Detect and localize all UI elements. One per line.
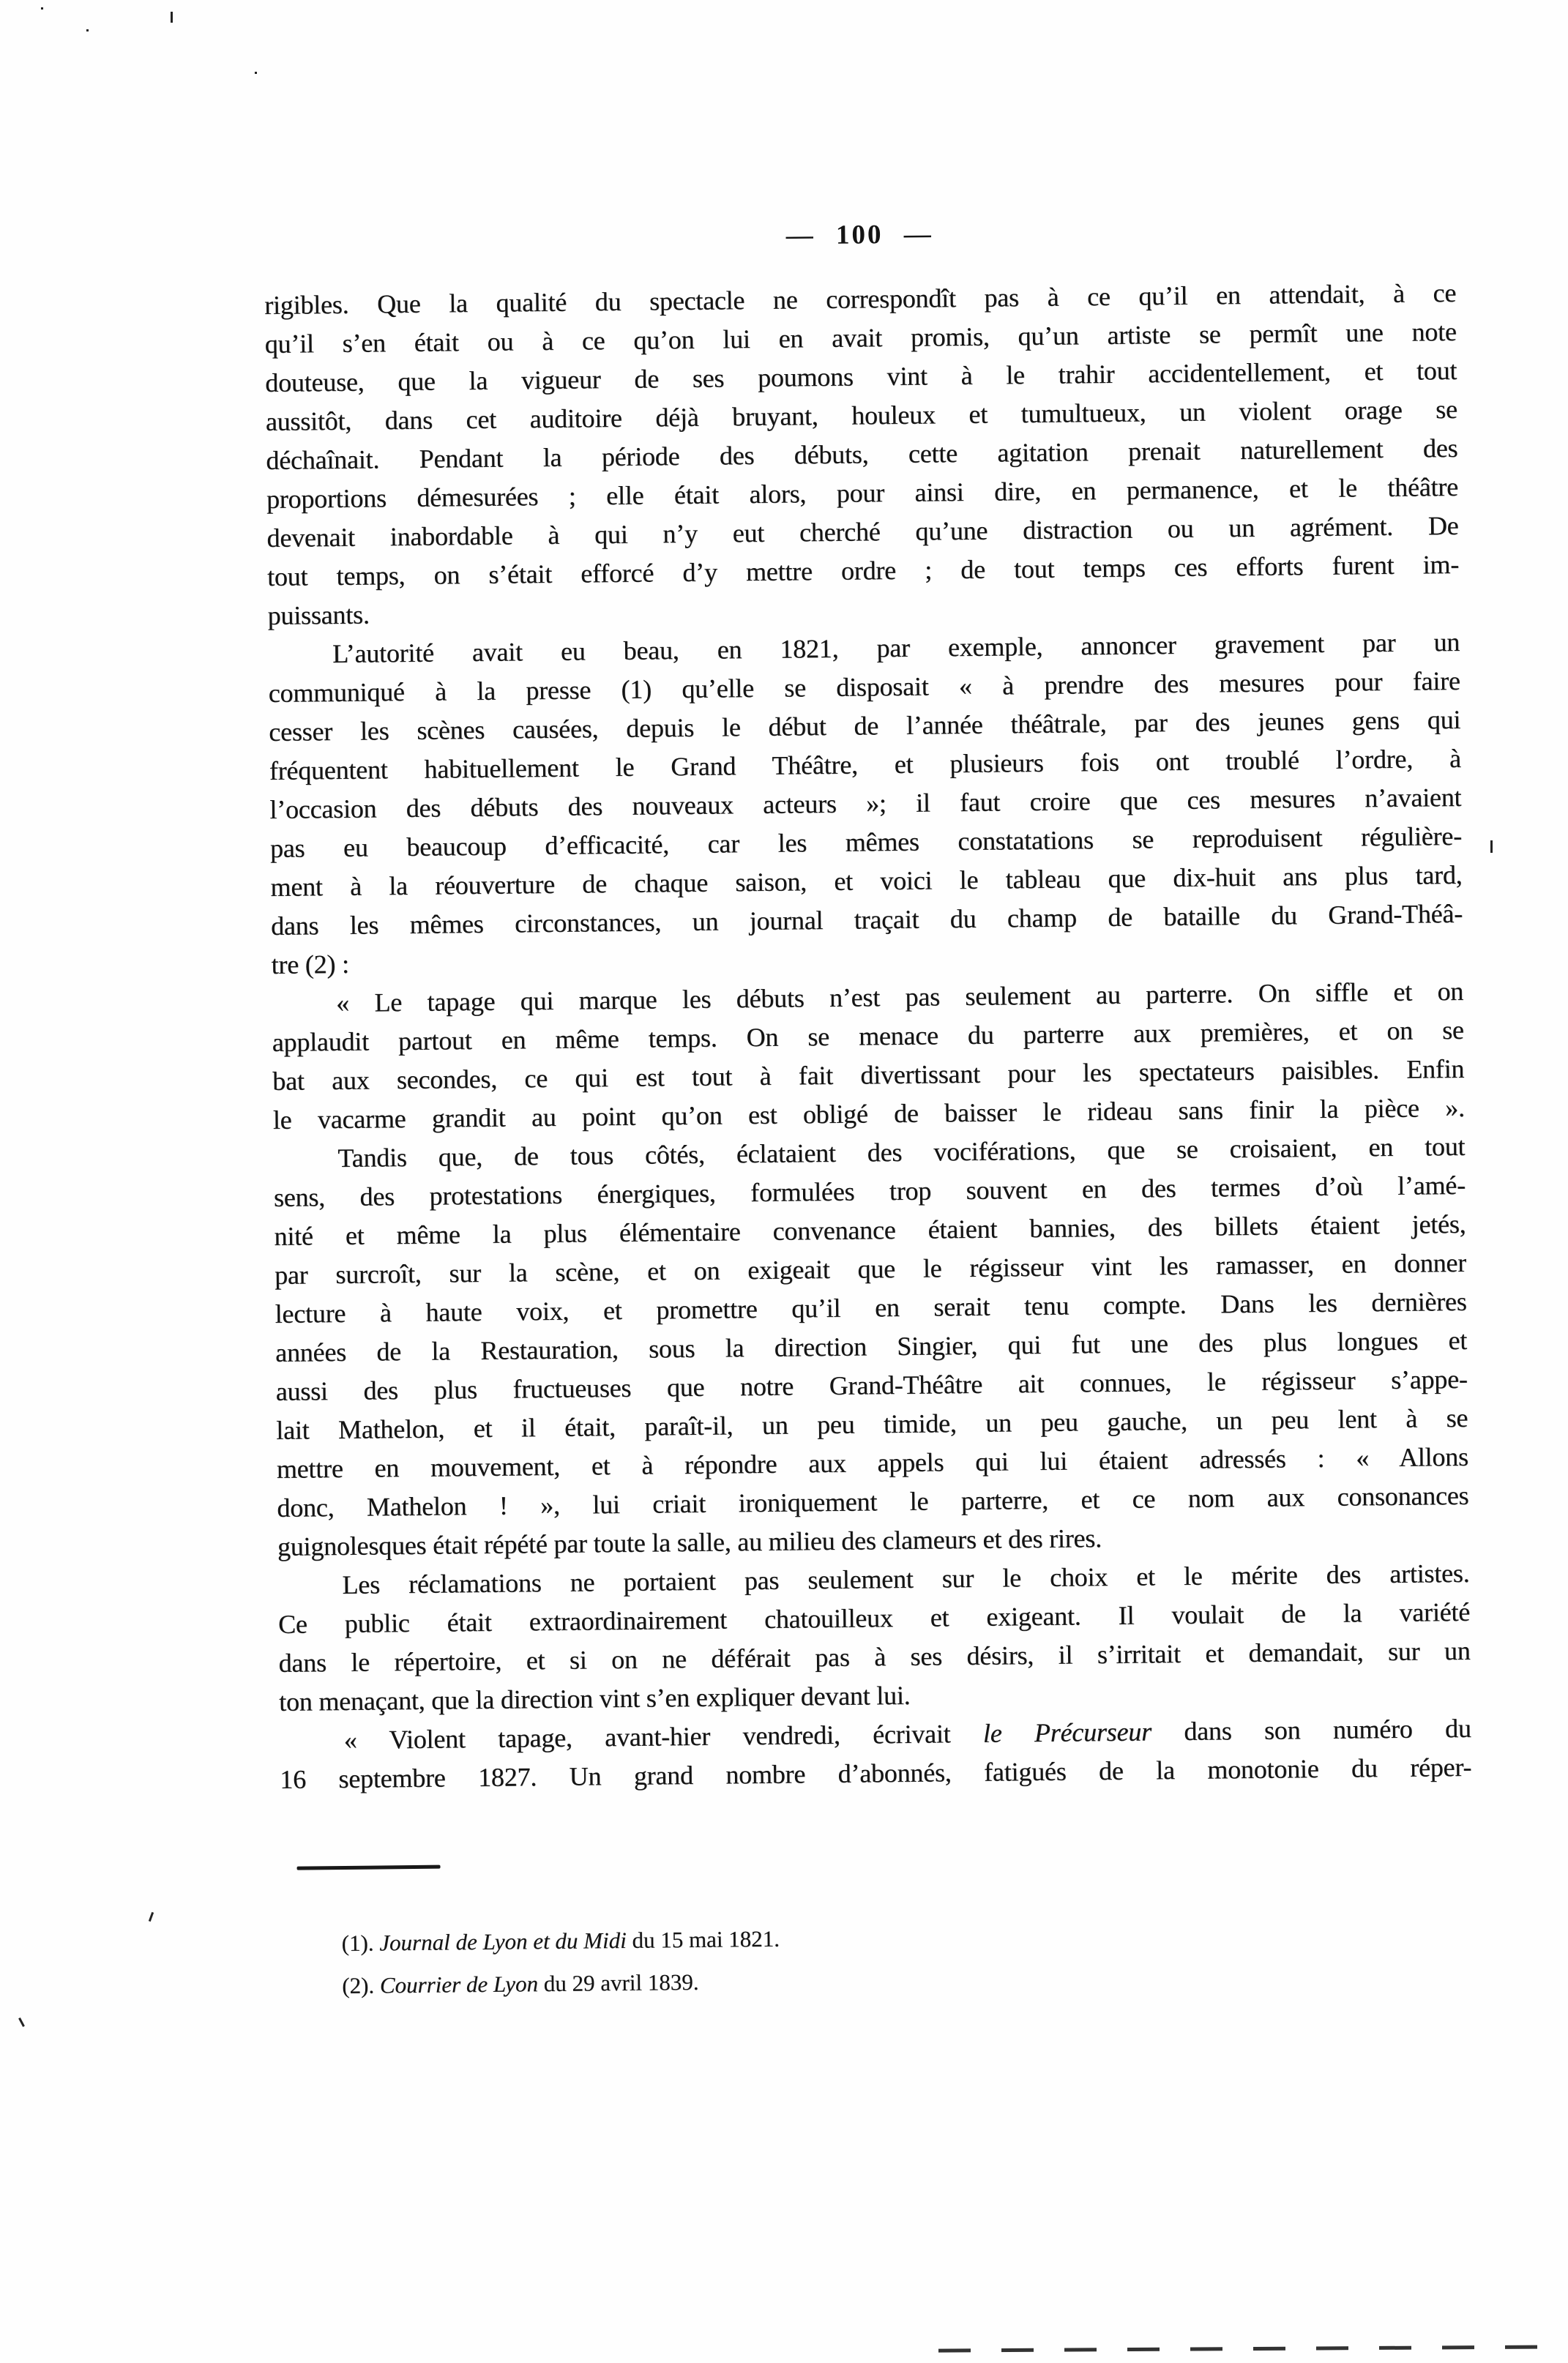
scan-speck (41, 7, 43, 10)
text-segment: devenait inabordable à qui n’y eut cherc… (266, 511, 1458, 553)
text-segment: proportions démesurées ; elle était alor… (266, 472, 1458, 514)
page-number-header: — 100 — (264, 209, 1455, 261)
text-segment: cesser les scènes causées, depuis le déb… (269, 705, 1460, 747)
text-segment: années de la Restauration, sous la direc… (275, 1326, 1467, 1367)
paragraph: « Le tapage qui marque les débuts n’est … (272, 972, 1465, 1140)
scan-speck (255, 72, 257, 74)
paragraph: Tandis que, de tous côtés, éclataient de… (273, 1127, 1469, 1567)
text-segment: douteuse, que la vigueur de ses poumons … (265, 356, 1457, 397)
text-segment: l’occasion des débuts des nouveaux acteu… (269, 783, 1461, 824)
text-block: rigibles. Que la qualité du spectacle ne… (264, 274, 1472, 1799)
text-segment: aussitôt, dans cet auditoire déjà bruyan… (266, 395, 1457, 436)
text-segment: par surcroît, sur la scène, et on exigea… (275, 1248, 1466, 1290)
text-segment: Ce public était extraordinairement chato… (278, 1597, 1470, 1639)
text-segment: communiqué à la presse (1) qu’elle se di… (269, 666, 1460, 708)
scan-speck (149, 1912, 154, 1922)
text-segment: du 29 avril 1839. (538, 1969, 699, 1996)
italic-text-segment: le Précurseur (983, 1717, 1151, 1747)
italic-text-segment: Journal de Lyon et du Midi (379, 1927, 627, 1956)
scan-speck (1490, 840, 1493, 853)
scan-speck (86, 29, 89, 31)
scan-dashed-line (938, 2345, 1567, 2352)
text-segment: L’autorité avait eu beau, en 1821, par e… (332, 627, 1460, 668)
scanned-book-page: — 100 — rigibles. Que la qualité du spec… (0, 0, 1568, 2363)
text-segment: lecture à haute voix, et promettre qu’il… (275, 1287, 1466, 1329)
text-segment: dans les mêmes circonstances, un journal… (271, 899, 1463, 941)
footnotes: (1). Journal de Lyon et du Midi du 15 ma… (281, 1911, 1474, 2008)
text-segment: mettre en mouvement, et à répondre aux a… (277, 1442, 1468, 1484)
paragraph: Les réclamations ne portaient pas seulem… (277, 1554, 1471, 1722)
text-segment: pas eu beaucoup d’efficacité, car les mê… (270, 821, 1462, 863)
text-segment: donc, Mathelon ! », lui criait ironiquem… (277, 1481, 1468, 1523)
scan-speck (171, 12, 173, 23)
text-segment: puissants. (267, 600, 369, 630)
text-segment: (1). (341, 1930, 379, 1956)
text-segment: ton menaçant, que la direction vint s’en… (279, 1681, 911, 1717)
text-segment: Les réclamations ne portaient pas seulem… (342, 1558, 1469, 1599)
text-segment: du 15 mai 1821. (627, 1926, 780, 1953)
text-segment: (2). (342, 1972, 380, 1998)
text-segment: le vacarme grandit au point qu’on est ob… (273, 1093, 1465, 1135)
text-segment: aussi des plus fructueuses que notre Gra… (276, 1365, 1468, 1406)
paragraph: « Violent tapage, avant-hier vendredi, é… (279, 1709, 1471, 1799)
page-content: — 100 — rigibles. Que la qualité du spec… (264, 209, 1474, 2008)
text-segment: Tandis que, de tous côtés, éclataient de… (337, 1132, 1465, 1173)
text-segment: déchaînait. Pendant la période des début… (266, 433, 1457, 475)
paragraph: L’autorité avait eu beau, en 1821, par e… (268, 623, 1463, 985)
text-segment: tout temps, on s’était efforcé d’y mettr… (267, 550, 1459, 591)
text-segment: « Violent tapage, avant-hier vendredi, é… (344, 1719, 984, 1755)
text-segment: dans le répertoire, et si on ne déférait… (278, 1636, 1470, 1678)
text-segment: fréquentent habituellement le Grand Théâ… (269, 744, 1461, 785)
text-segment: sens, des protestations énergiques, form… (274, 1171, 1466, 1212)
text-segment: guignolesques était répété par toute la … (277, 1523, 1102, 1561)
text-segment: tre (2) : (271, 949, 349, 979)
text-segment: lait Mathelon, et il était, paraît-il, u… (276, 1403, 1468, 1445)
footnote-separator (297, 1865, 441, 1870)
text-segment: 16 septembre 1827. Un grand nombre d’abo… (280, 1752, 1471, 1794)
text-segment: bat aux secondes, ce qui est tout à fait… (272, 1054, 1464, 1096)
text-segment: rigibles. Que la qualité du spectacle ne… (264, 278, 1456, 320)
text-segment: ment à la réouverture de chaque saison, … (270, 860, 1462, 902)
italic-text-segment: Courrier de Lyon (380, 1971, 538, 1998)
text-segment: nité et même la plus élémentaire convena… (274, 1209, 1466, 1251)
text-segment: dans son numéro du (1151, 1714, 1471, 1747)
text-segment: qu’il s’en était ou à ce qu’on lui en av… (265, 317, 1457, 359)
text-segment: applaudit partout en même temps. On se m… (272, 1015, 1464, 1057)
scan-speck (18, 2017, 25, 2027)
paragraph: rigibles. Que la qualité du spectacle ne… (264, 274, 1460, 635)
text-segment: « Le tapage qui marque les débuts n’est … (336, 977, 1463, 1018)
